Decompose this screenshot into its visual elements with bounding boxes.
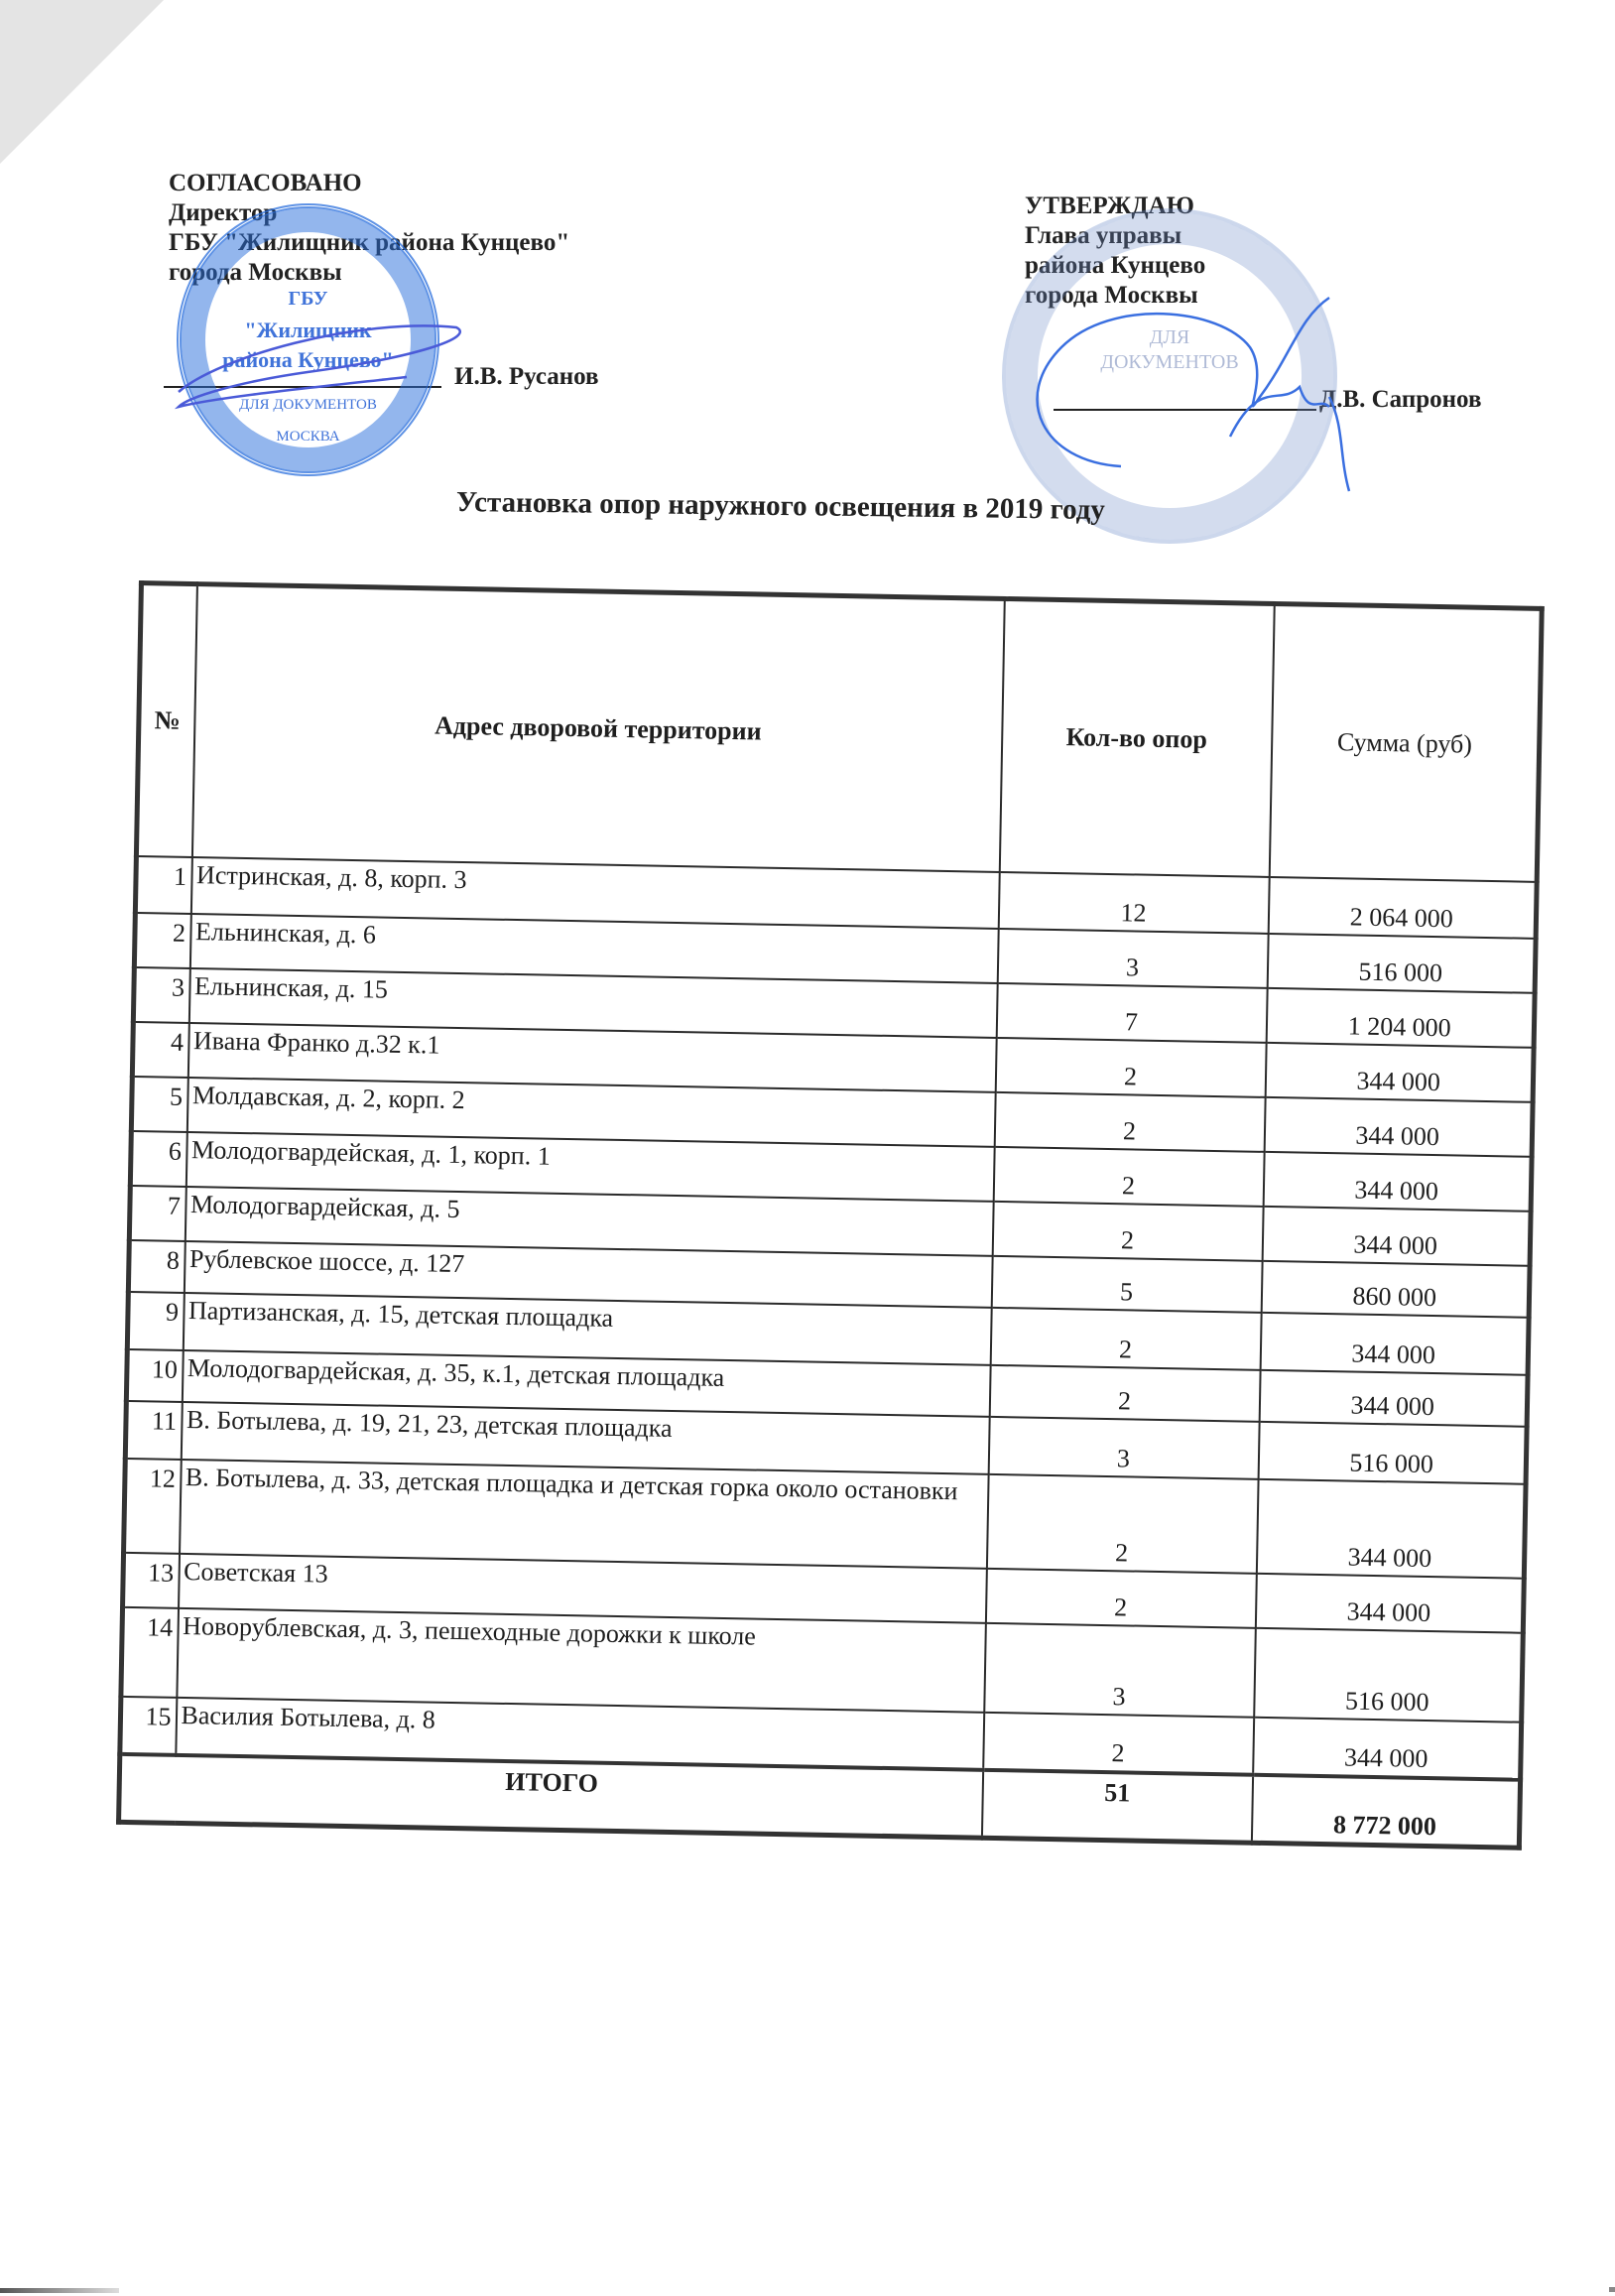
row-sum: 344 000 (1265, 1043, 1534, 1102)
signer-left: И.В. Русанов (454, 363, 599, 391)
row-number: 15 (120, 1697, 177, 1755)
row-sum: 1 204 000 (1266, 988, 1535, 1048)
row-number: 13 (123, 1553, 180, 1608)
row-sum: 344 000 (1262, 1207, 1531, 1266)
row-number: 6 (130, 1131, 186, 1187)
stamp-center-line: ДОКУМЕНТОВ (1006, 351, 1333, 374)
row-quantity: 3 (997, 929, 1268, 988)
signature-left-icon (159, 298, 486, 417)
row-quantity: 2 (994, 1092, 1265, 1152)
row-number: 10 (126, 1349, 183, 1402)
row-quantity: 3 (988, 1417, 1259, 1479)
approval-line: района Кунцево (1025, 251, 1205, 281)
header-sum: Сумма (руб) (1269, 603, 1542, 881)
total-quantity: 51 (981, 1770, 1252, 1843)
scan-corner-fold (0, 0, 164, 164)
header-number: № (136, 583, 196, 857)
row-sum: 516 000 (1254, 1628, 1524, 1722)
approval-line: города Москвы (169, 258, 569, 288)
signature-line-left (164, 386, 441, 388)
row-sum: 344 000 (1253, 1718, 1522, 1780)
row-quantity: 2 (990, 1308, 1261, 1370)
stamp-center-line: ДЛЯ (1006, 326, 1333, 349)
stamp-center-line: "Жилищник (182, 318, 435, 343)
row-sum: 860 000 (1261, 1261, 1530, 1318)
document-title: Установка опор наружного освещения в 201… (456, 486, 1105, 527)
approval-line: Глава управы (1025, 221, 1205, 251)
row-quantity: 12 (998, 872, 1269, 934)
row-quantity: 5 (991, 1256, 1262, 1313)
approval-line: Директор (169, 198, 569, 228)
scan-edge (0, 2288, 119, 2293)
row-quantity: 7 (996, 983, 1267, 1043)
row-number: 8 (128, 1240, 185, 1293)
stamp-center-line: ГБУ (182, 288, 435, 311)
row-sum: 344 000 (1264, 1097, 1533, 1157)
row-number: 4 (132, 1022, 188, 1078)
approval-line: ГБУ "Жилищник района Кунцево" (169, 228, 569, 258)
signature-line-right (1054, 409, 1316, 411)
total-label: ИТОГО (119, 1754, 983, 1838)
approval-block-left: СОГЛАСОВАНО Директор ГБУ "Жилищник район… (169, 169, 569, 288)
row-quantity: 2 (995, 1038, 1266, 1097)
row-number: 2 (134, 913, 190, 968)
row-quantity: 2 (992, 1202, 1263, 1261)
row-sum: 2 064 000 (1268, 877, 1537, 939)
table-header-row: № Адрес дворовой территории Кол-во опор … (136, 583, 1542, 882)
row-sum: 344 000 (1263, 1152, 1532, 1212)
header-address: Адрес дворовой территории (191, 584, 1004, 872)
row-quantity: 2 (993, 1147, 1264, 1207)
approval-line: города Москвы (1025, 281, 1205, 311)
row-number: 9 (127, 1292, 184, 1350)
row-quantity: 2 (983, 1713, 1254, 1775)
total-sum: 8 772 000 (1251, 1775, 1520, 1848)
row-quantity: 2 (985, 1569, 1256, 1628)
row-address: Новорублевская, д. 3, пешеходные дорожки… (177, 1608, 986, 1713)
scan-edge (1609, 2287, 1615, 2292)
approval-heading: СОГЛАСОВАНО (169, 169, 569, 198)
row-sum: 516 000 (1258, 1422, 1527, 1484)
row-number: 7 (129, 1186, 186, 1241)
lighting-poles-table: № Адрес дворовой территории Кол-во опор … (116, 580, 1540, 1850)
row-sum: 344 000 (1255, 1574, 1524, 1633)
row-quantity: 2 (989, 1365, 1260, 1422)
row-sum: 344 000 (1260, 1313, 1529, 1375)
row-quantity: 3 (984, 1623, 1256, 1718)
approval-heading: УТВЕРЖДАЮ (1025, 191, 1205, 221)
signer-right: Д.В. Сапронов (1319, 386, 1481, 414)
stamp-center-line: района Кунцево" (182, 347, 435, 373)
row-number: 1 (135, 856, 191, 914)
header-quantity: Кол-во опор (999, 598, 1274, 876)
row-sum: 344 000 (1259, 1370, 1528, 1427)
row-number: 12 (124, 1459, 182, 1554)
row-address: В. Ботылева, д. 33, детская площадка и д… (180, 1460, 989, 1569)
row-number: 14 (121, 1607, 179, 1698)
approval-block-right: УТВЕРЖДАЮ Глава управы района Кунцево го… (1025, 191, 1205, 311)
row-sum: 516 000 (1267, 934, 1536, 993)
stamp-bottom-text: ДЛЯ ДОКУМЕНТОВ (182, 397, 435, 414)
stamp-footer: МОСКВА (182, 429, 435, 446)
row-sum: 344 000 (1256, 1479, 1526, 1579)
row-quantity: 2 (986, 1474, 1258, 1574)
row-number: 3 (133, 967, 189, 1023)
row-number: 11 (125, 1401, 182, 1460)
row-number: 5 (131, 1077, 187, 1132)
